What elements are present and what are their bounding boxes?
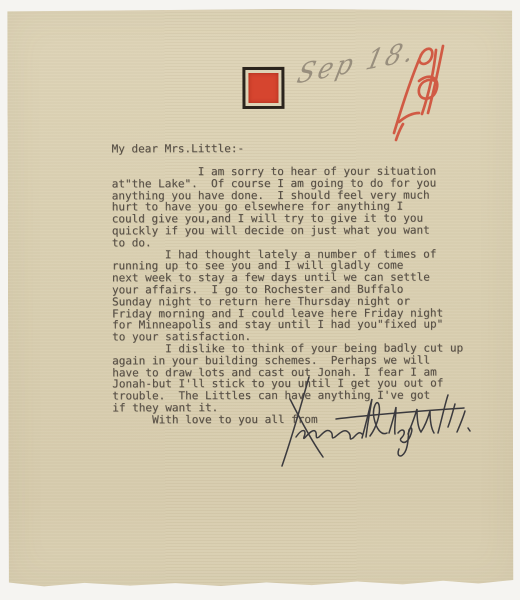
salutation: My dear Mrs.Little:-	[112, 143, 244, 155]
scanned-letter-page: Sep 18. My dear Mrs.Little:- I am sorry …	[0, 0, 520, 600]
stamp-red-square	[248, 73, 278, 103]
letter-paper-sheet: Sep 18. My dear Mrs.Little:- I am sorry …	[7, 8, 514, 587]
handwritten-date: Sep 18.	[294, 36, 419, 91]
letter-body-text: I am sorry to hear of your situation at"…	[112, 165, 464, 425]
red-square-stamp	[242, 67, 284, 109]
